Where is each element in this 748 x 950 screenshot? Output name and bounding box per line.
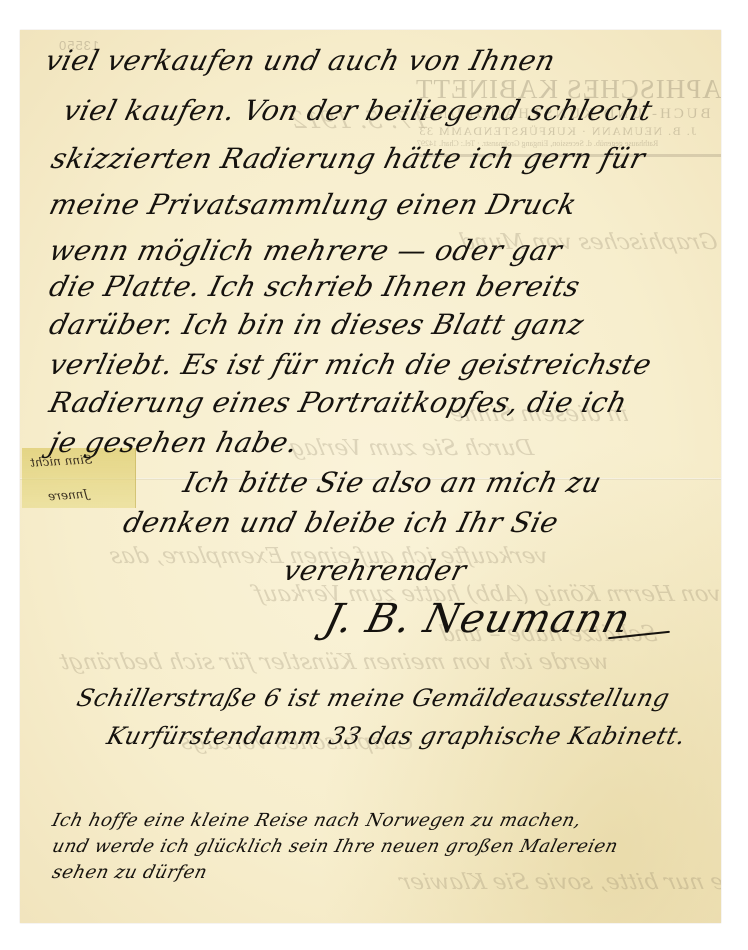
- address-line: Kurfürstendamm 33 das graphische Kabinet…: [104, 722, 689, 750]
- closing-line: verehrender: [280, 554, 470, 587]
- letter-line: die Platte. Ich schrieb Ihnen bereits: [46, 270, 584, 303]
- closing-line: Ich bitte Sie also an mich zu: [180, 466, 605, 499]
- tape-note-line: Jnnere: [48, 487, 89, 504]
- address-line: Schillerstraße 6 ist meine Gemäldeausste…: [74, 684, 673, 712]
- letter-line: viel verkaufen und auch von Ihnen: [42, 44, 559, 77]
- letter-page: 13550 GRAPHISCHES KABINETT BUCH- UND KUN…: [20, 30, 721, 923]
- letter-line: viel kaufen. Von der beiliegend schlecht: [60, 94, 656, 127]
- postscript-line: Ich hoffe eine kleine Reise nach Norwege…: [50, 810, 584, 831]
- postscript-line: und werde ich glücklich sein Ihre neuen …: [50, 836, 620, 857]
- letter-line: meine Privatsammlung einen Druck: [46, 188, 580, 221]
- signature: J. B. Neumann: [320, 596, 635, 642]
- postscript-line: sehen zu dürfen: [50, 862, 210, 883]
- faint-showthrough-line: Jie nur bitte, sovie Sie Klawier: [397, 870, 721, 895]
- letter-line: wenn möglich mehrere — oder gar: [46, 234, 566, 267]
- letter-line: skizzierten Radierung hätte ich gern für: [48, 142, 649, 175]
- letter-line: verliebt. Es ist für mich die geistreich…: [46, 348, 655, 381]
- letter-line: Radierung eines Portraitkopfes, die ich: [46, 386, 631, 419]
- faint-showthrough-line: werde ich von meinen Künstler für sich b…: [57, 650, 611, 675]
- closing-line: denken und bleibe ich Ihr Sie: [120, 506, 562, 539]
- faint-showthrough-line: Durch Sie zum Verlag: [287, 436, 536, 461]
- letter-line: darüber. Ich bin in dieses Blatt ganz: [46, 308, 587, 341]
- letter-line: je gesehen habe.: [46, 426, 301, 459]
